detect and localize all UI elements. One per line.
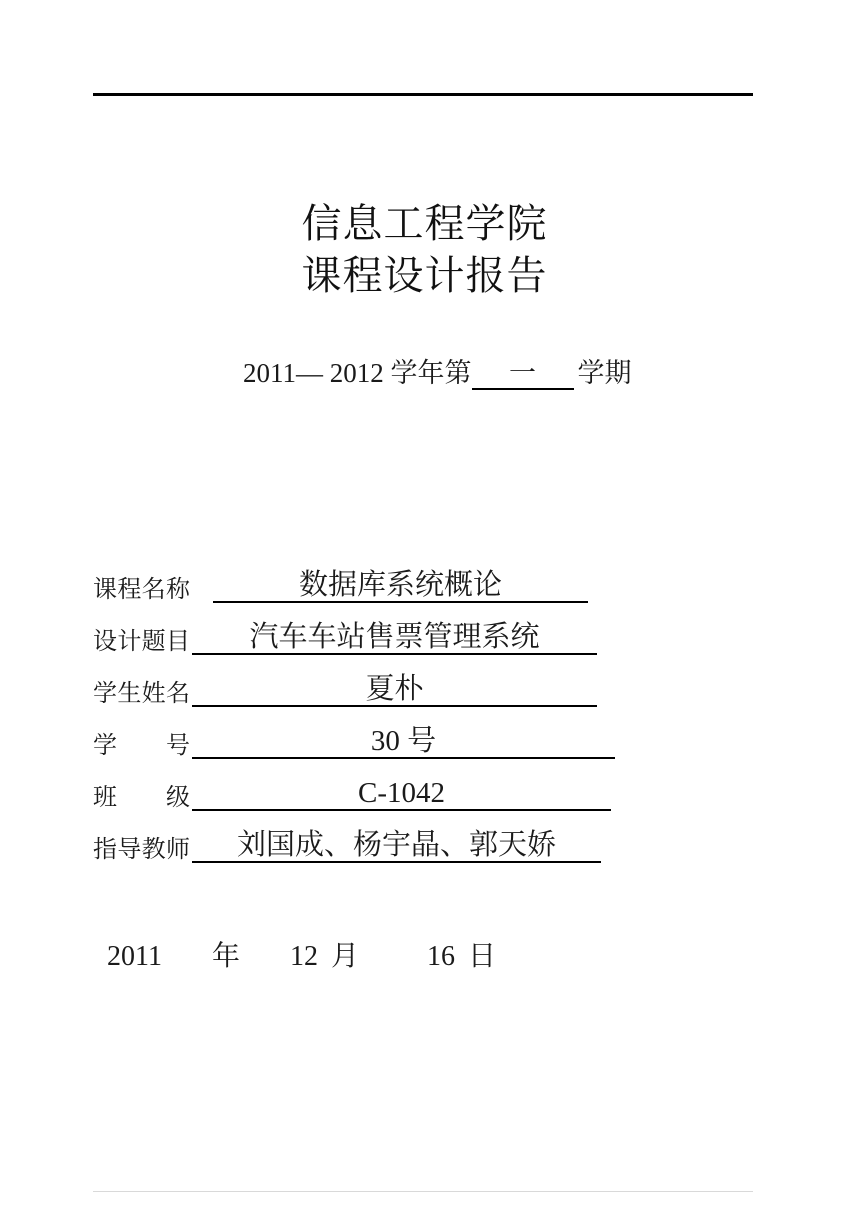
field-row-advisors: 指导教师 刘国成、杨宇晶、郭天娇 <box>93 833 601 863</box>
field-label: 课程名称 <box>93 577 190 603</box>
date-month: 12 <box>290 941 318 973</box>
field-value-underlined: 30 号 <box>192 726 615 759</box>
semester-suffix: 学期 <box>578 358 632 388</box>
field-value-underlined: 刘国成、杨宇晶、郭天娇 <box>192 830 601 863</box>
field-label: 指导教师 <box>93 837 190 863</box>
field-row-student-name: 学生姓名 夏朴 <box>93 677 597 707</box>
title-block: 信息工程学院 课程设计报告 <box>0 198 849 302</box>
semester-line: 2011— 2012 学年第一学期 <box>243 358 632 390</box>
date-month-unit: 月 <box>331 941 359 973</box>
field-value-underlined: C-1042 <box>192 778 611 811</box>
header-rule <box>93 93 753 96</box>
field-row-course-name: 课程名称 数据库系统概论 <box>93 573 594 603</box>
document-page: 信息工程学院 课程设计报告 2011— 2012 学年第一学期 课程名称 数据库… <box>0 0 860 1215</box>
date-line: 2011 年 12 月 16 日 <box>107 941 496 973</box>
date-day: 16 <box>427 941 455 973</box>
field-value-underlined: 汽车车站售票管理系统 <box>192 622 597 655</box>
field-label: 班 级 <box>93 785 190 811</box>
report-title: 课程设计报告 <box>0 250 849 302</box>
date-year-unit: 年 <box>212 941 240 973</box>
field-row-student-number: 学 号 30 号 <box>93 729 615 759</box>
field-row-class: 班 级 C-1042 <box>93 781 611 811</box>
field-value-underlined: 夏朴 <box>192 674 597 707</box>
cover-form: 课程名称 数据库系统概论 设计题目 汽车车站售票管理系统 学生姓名 夏朴 学 号… <box>93 573 615 885</box>
footer-rule <box>93 1191 753 1192</box>
institution-title: 信息工程学院 <box>0 198 849 250</box>
field-label: 学生姓名 <box>93 681 190 707</box>
date-year: 2011 <box>107 941 162 973</box>
semester-term-blank: 一 <box>472 359 574 390</box>
field-label: 设计题目 <box>93 629 190 655</box>
semester-prefix: 2011— 2012 学年第 <box>243 358 472 388</box>
field-row-design-topic: 设计题目 汽车车站售票管理系统 <box>93 625 597 655</box>
date-day-unit: 日 <box>468 941 496 973</box>
field-value-underlined: 数据库系统概论 <box>213 570 588 603</box>
field-label: 学 号 <box>93 733 190 759</box>
